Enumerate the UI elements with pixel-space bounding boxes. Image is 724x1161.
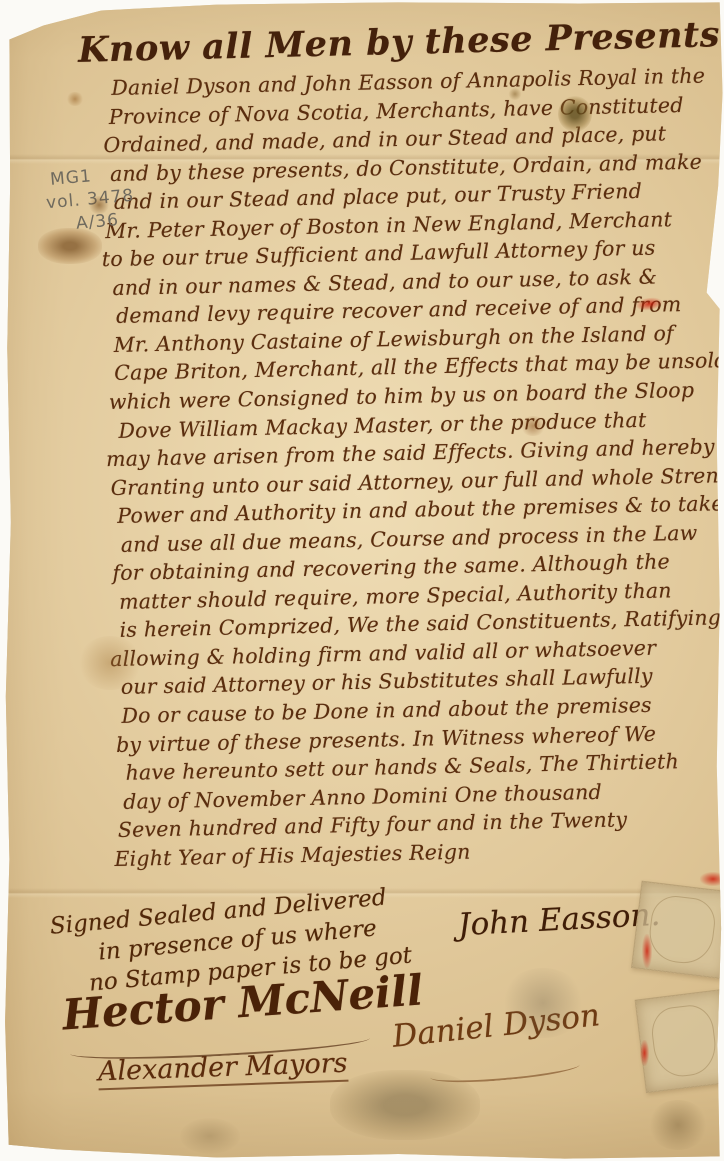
red-wax-mark — [700, 872, 724, 886]
red-edge-speck — [2, 34, 7, 41]
signature-john-easson: John Easson. — [457, 897, 661, 944]
scanned-document-page: { "document": { "type": "handwritten pow… — [0, 0, 724, 1161]
stain-bottom — [180, 1118, 240, 1154]
seal-emboss — [649, 1003, 719, 1080]
signature-flourish — [430, 1055, 581, 1086]
red-wax-mark — [640, 1040, 649, 1066]
red-wax-mark — [642, 934, 652, 968]
parchment-paper: Know all Men by these Presents That, We … — [0, 0, 724, 1161]
seal-emboss — [646, 894, 718, 967]
signature-alexander-mayors: Alexander Mayors — [97, 1048, 348, 1091]
document-body: Daniel Dyson and John Easson of Annapoli… — [108, 61, 724, 873]
stain-bottom — [648, 1100, 708, 1150]
stain-small — [66, 92, 84, 106]
archival-reference-note: MG1 vol. 3478 A/36 — [49, 159, 165, 237]
